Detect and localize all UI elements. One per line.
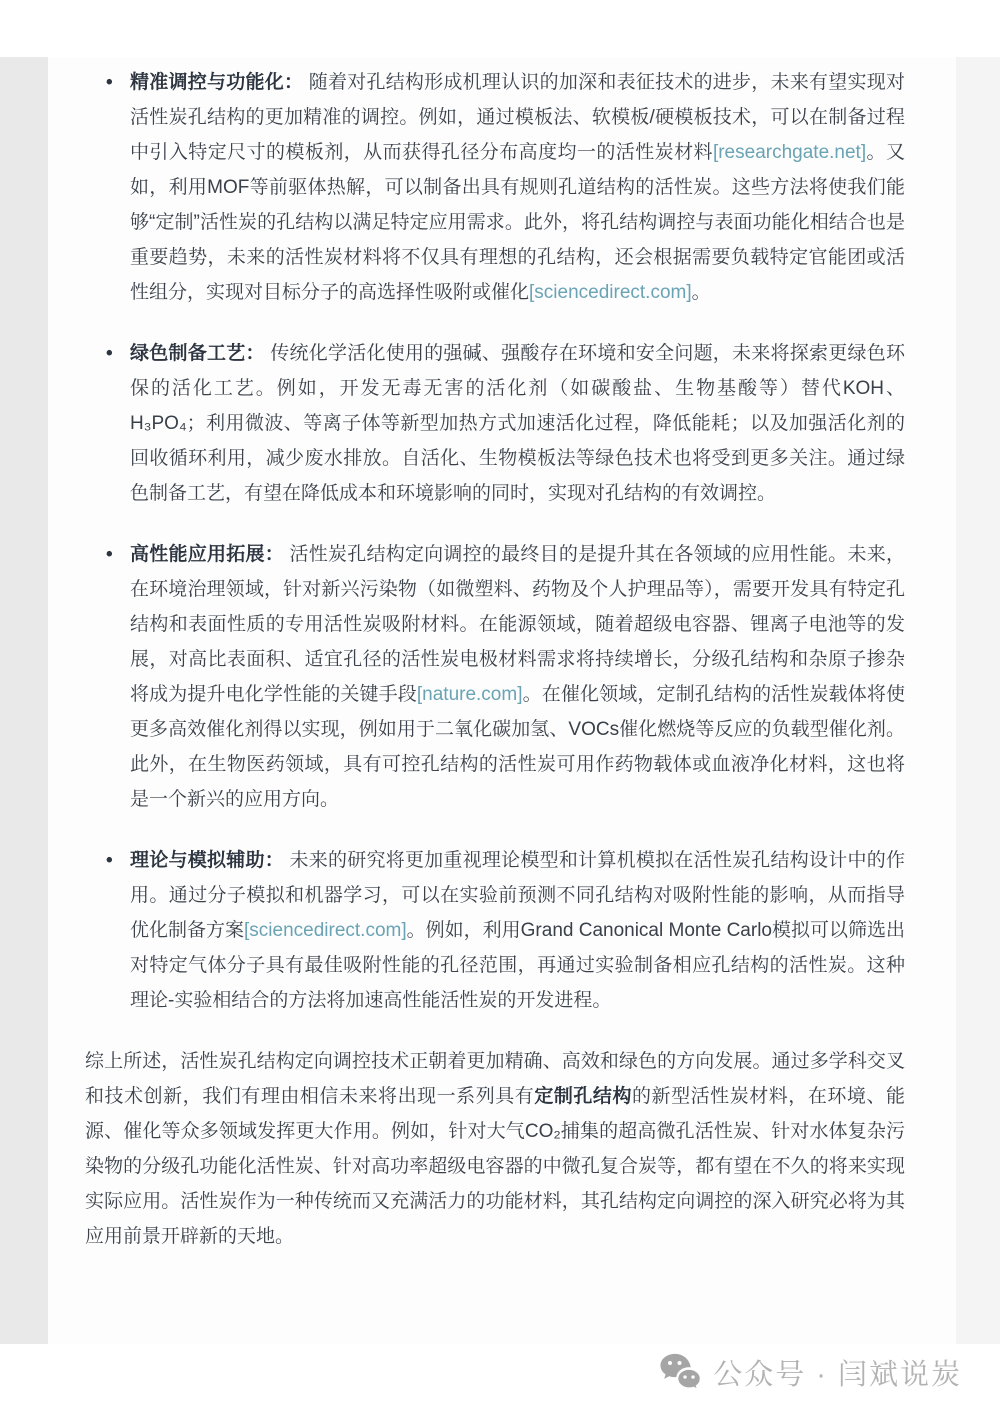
body-text: 活性炭孔结构定向调控的最终目的是提升其在各领域的应用性能。未来，在环境治理领域，… bbox=[130, 544, 905, 705]
bullet-dot: • bbox=[106, 65, 113, 100]
bullet-title: 理论与模拟辅助： bbox=[130, 850, 284, 871]
link-sciencedirect-com[interactable]: [sciencedirect.com] bbox=[529, 282, 692, 303]
emphasis-custom-pore-structure: 定制孔结构 bbox=[534, 1086, 632, 1107]
link-sciencedirect-com[interactable]: [sciencedirect.com] bbox=[244, 920, 407, 941]
body-text: 。又如，利用MOF等前驱体热解，可以制备出具有规则孔道结构的活性炭。这些方法将使… bbox=[130, 142, 905, 303]
body-text: 传统化学活化使用的强碱、强酸存在环境和安全问题，未来将探索更绿色环保的活化工艺。… bbox=[130, 343, 905, 504]
viewer-right-margin bbox=[955, 57, 1000, 1350]
closing-paragraph: 综上所述，活性炭孔结构定向调控技术正朝着更加精确、高效和绿色的方向发展。通过多学… bbox=[85, 1044, 905, 1254]
bullet-dot: • bbox=[106, 843, 113, 878]
bullet-item-theory-simulation: • 理论与模拟辅助： 未来的研究将更加重视理论模型和计算机模拟在活性炭孔结构设计… bbox=[130, 843, 905, 1018]
bullet-item-green-process: • 绿色制备工艺： 传统化学活化使用的强碱、强酸存在环境和安全问题，未来将探索更… bbox=[130, 336, 905, 511]
bullet-title: 精准调控与功能化： bbox=[130, 72, 303, 93]
wechat-icon bbox=[659, 1352, 701, 1392]
link-researchgate-net[interactable]: [researchgate.net] bbox=[713, 142, 866, 163]
document-page: • 精准调控与功能化： 随着对孔结构形成机理认识的加深和表征技术的进步，未来有望… bbox=[48, 57, 956, 1350]
bullet-item-high-performance: • 高性能应用拓展： 活性炭孔结构定向调控的最终目的是提升其在各领域的应用性能。… bbox=[130, 537, 905, 817]
bullet-item-precise-control: • 精准调控与功能化： 随着对孔结构形成机理认识的加深和表征技术的进步，未来有望… bbox=[130, 65, 905, 310]
bullet-dot: • bbox=[106, 336, 113, 371]
body-text: 。 bbox=[692, 282, 711, 303]
bullet-title: 绿色制备工艺： bbox=[130, 343, 265, 364]
body-text: 的新型活性炭材料，在环境、能源、催化等众多领域发挥更大作用。例如，针对大气CO₂… bbox=[85, 1086, 905, 1247]
footer-watermark: 公众号 · 闫斌说炭 bbox=[0, 1344, 1000, 1400]
document-viewer: • 精准调控与功能化： 随着对孔结构形成机理认识的加深和表征技术的进步，未来有望… bbox=[0, 57, 1000, 1350]
bullet-dot: • bbox=[106, 537, 113, 572]
bullet-title: 高性能应用拓展： bbox=[130, 544, 284, 565]
screenshot-canvas: • 精准调控与功能化： 随着对孔结构形成机理认识的加深和表征技术的进步，未来有望… bbox=[0, 0, 1000, 1415]
link-nature-com[interactable]: [nature.com] bbox=[417, 684, 523, 705]
footer-account-label: 公众号 · 闫斌说炭 bbox=[713, 1352, 962, 1393]
